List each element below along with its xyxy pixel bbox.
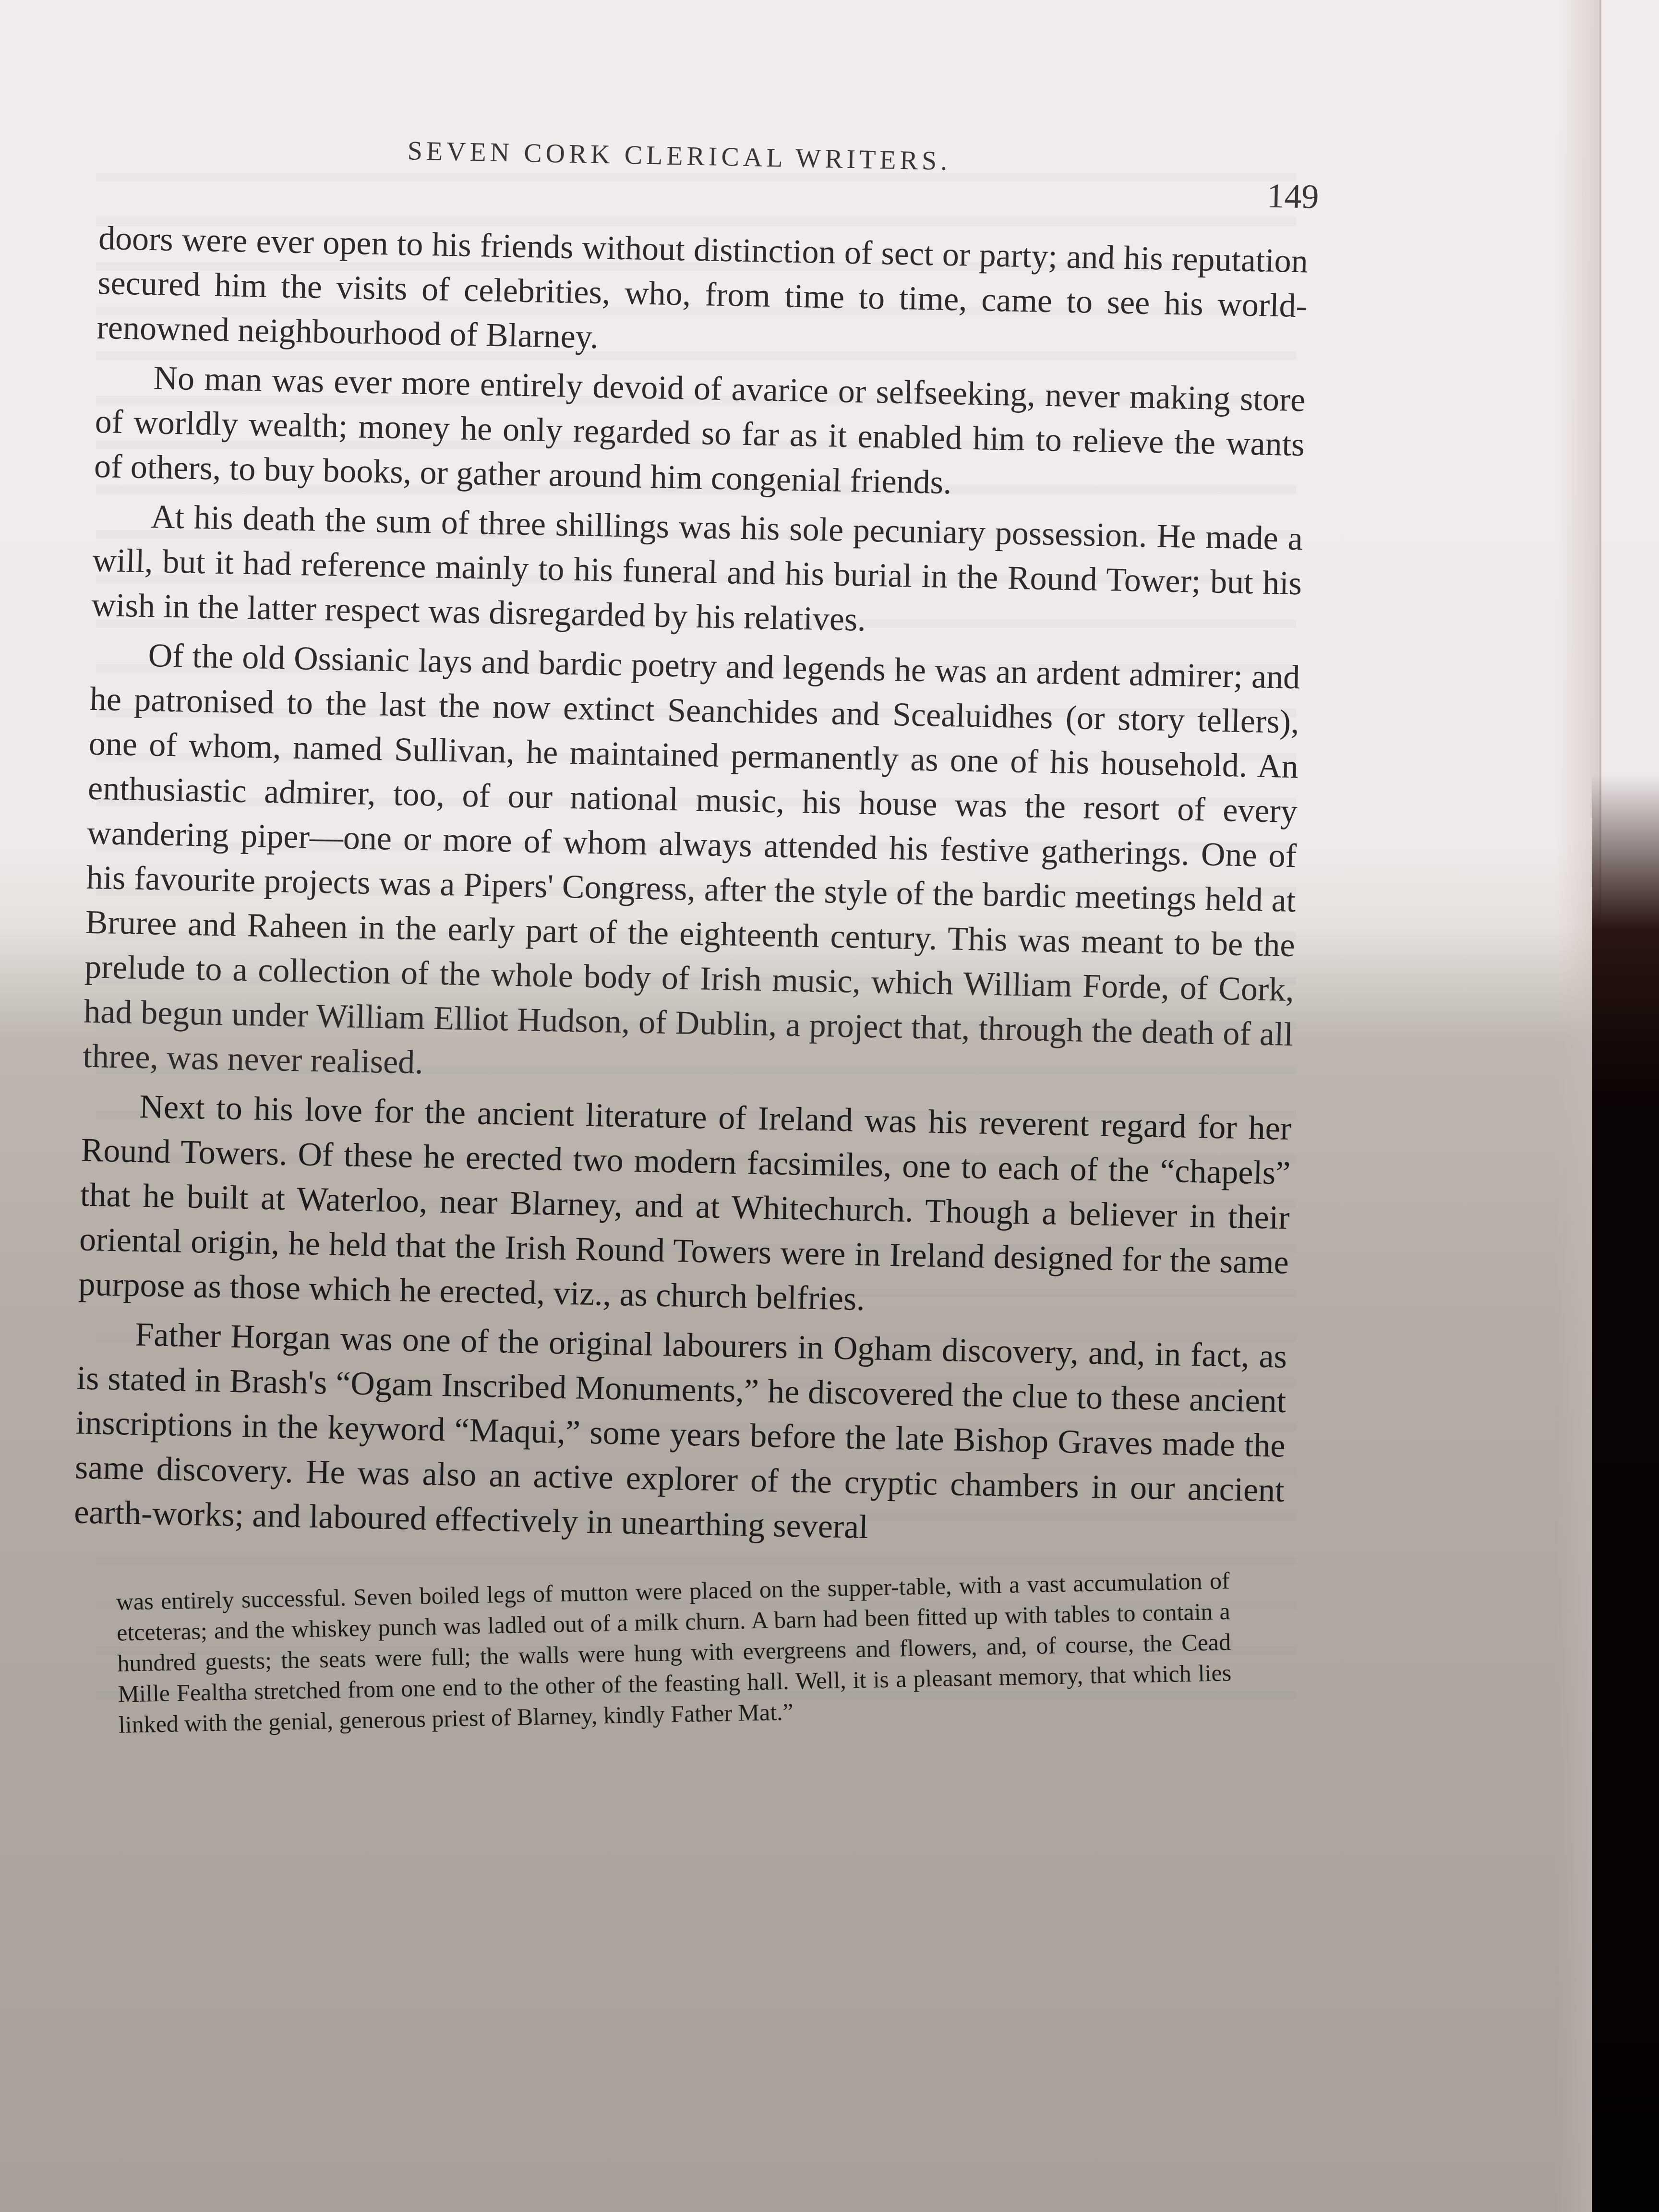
paragraph: No man was ever more entirely devoid of … [94,355,1306,512]
footnote-text: was entirely successful. Seven boiled le… [116,1565,1232,1740]
footnote: was entirely successful. Seven boiled le… [72,1564,1285,1741]
paragraph: Father Horgan was one of the original la… [73,1311,1287,1558]
page-number: 149 [1267,176,1320,217]
book-edge-shadow [1592,0,1659,2212]
body-text: doors were ever open to his friends with… [73,216,1308,1558]
page-content: Seven Cork Clerical Writers. 149 doors w… [70,120,1310,1764]
paragraph: At his death the sum of three shillings … [91,493,1303,650]
running-title: Seven Cork Clerical Writers. [407,135,951,177]
paragraph: Of the old Ossianic lays and bardic poet… [83,632,1300,1102]
paragraph: Next to his love for the ancient literat… [78,1083,1292,1330]
book-page: Seven Cork Clerical Writers. 149 doors w… [0,0,1659,2212]
paragraph: doors were ever open to his friends with… [96,216,1309,373]
